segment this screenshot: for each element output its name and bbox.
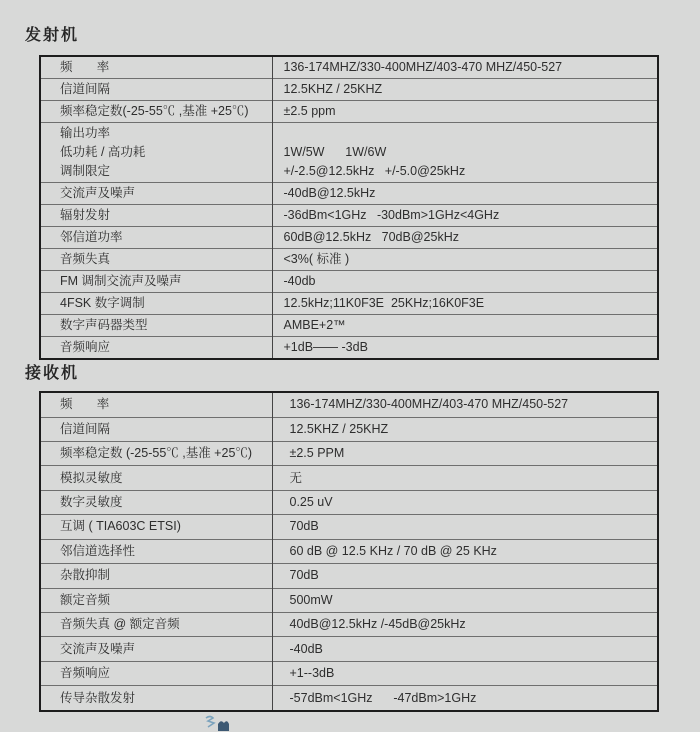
spec-row: 数字声码器类型AMBE+2™ — [40, 315, 658, 337]
spec-label: 频 率 — [40, 392, 272, 417]
spec-row: 音频响应+1dB—— -3dB — [40, 337, 658, 360]
spec-label: 辐射发射 — [40, 205, 272, 227]
spec-row: 频率稳定数(-25-55℃ ,基准 +25℃)±2.5 ppm — [40, 101, 658, 123]
spec-label: FM 调制交流声及噪声 — [40, 271, 272, 293]
spec-value: 1W/5W 1W/6W +/-2.5@12.5kHz +/-5.0@25kHz — [272, 123, 658, 183]
spec-label: 音频响应 — [40, 661, 272, 685]
spec-value: 40dB@12.5kHz /-45dB@25kHz — [272, 613, 658, 637]
spec-row: 输出功率 低功耗 / 高功耗 调制限定 1W/5W 1W/6W +/-2.5@1… — [40, 123, 658, 183]
spec-value: 60dB@12.5kHz 70dB@25kHz — [272, 227, 658, 249]
spec-row: 频率稳定数 (-25-55℃ ,基准 +25℃)±2.5 PPM — [40, 441, 658, 465]
spec-value: -57dBm<1GHz -47dBm>1GHz — [272, 686, 658, 711]
spec-value: 12.5kHz;11K0F3E 25KHz;16K0F3E — [272, 293, 658, 315]
spec-value: ±2.5 PPM — [272, 441, 658, 465]
spec-label: 信道间隔 — [40, 417, 272, 441]
spec-row: 4FSK 数字调制12.5kHz;11K0F3E 25KHz;16K0F3E — [40, 293, 658, 315]
spec-label: 交流声及噪声 — [40, 637, 272, 661]
spec-row: 音频失真<3%( 标准 ) — [40, 249, 658, 271]
spec-value: ±2.5 ppm — [272, 101, 658, 123]
spec-value: 12.5KHZ / 25KHZ — [272, 79, 658, 101]
spec-row: 互调 ( TIA603C ETSI)70dB — [40, 515, 658, 539]
spec-label: 互调 ( TIA603C ETSI) — [40, 515, 272, 539]
spec-label: 传导杂散发射 — [40, 686, 272, 711]
spec-label: 数字灵敏度 — [40, 490, 272, 514]
spec-value: 0.25 uV — [272, 490, 658, 514]
spec-row: 频 率136-174MHZ/330-400MHZ/403-470 MHZ/450… — [40, 392, 658, 417]
blue-smudge-artifact — [198, 711, 238, 732]
transmitter-section-title: 发射机 — [25, 22, 79, 45]
spec-label: 频率稳定数(-25-55℃ ,基准 +25℃) — [40, 101, 272, 123]
spec-value: 136-174MHZ/330-400MHZ/403-470 MHZ/450-52… — [272, 392, 658, 417]
spec-row: 杂散抑制70dB — [40, 564, 658, 588]
spec-value: 500mW — [272, 588, 658, 612]
receiver-spec-rows: 频 率136-174MHZ/330-400MHZ/403-470 MHZ/450… — [40, 392, 658, 711]
spec-row: 数字灵敏度0.25 uV — [40, 490, 658, 514]
spec-label: 额定音频 — [40, 588, 272, 612]
spec-label: 杂散抑制 — [40, 564, 272, 588]
spec-value: 70dB — [272, 564, 658, 588]
spec-row: 信道间隔12.5KHZ / 25KHZ — [40, 417, 658, 441]
spec-label: 音频失真 @ 额定音频 — [40, 613, 272, 637]
spec-row: 辐射发射-36dBm<1GHz -30dBm>1GHz<4GHz — [40, 205, 658, 227]
spec-value: 60 dB @ 12.5 KHz / 70 dB @ 25 KHz — [272, 539, 658, 563]
spec-row: 交流声及噪声-40dB — [40, 637, 658, 661]
spec-value: -40dB@12.5kHz — [272, 183, 658, 205]
spec-row: 音频响应+1--3dB — [40, 661, 658, 685]
spec-value: AMBE+2™ — [272, 315, 658, 337]
transmitter-spec-rows: 频 率136-174MHZ/330-400MHZ/403-470 MHZ/450… — [40, 56, 658, 359]
spec-row: 交流声及噪声-40dB@12.5kHz — [40, 183, 658, 205]
spec-label: 交流声及噪声 — [40, 183, 272, 205]
spec-row: 频 率136-174MHZ/330-400MHZ/403-470 MHZ/450… — [40, 56, 658, 79]
spec-row: 信道间隔12.5KHZ / 25KHZ — [40, 79, 658, 101]
spec-value: 12.5KHZ / 25KHZ — [272, 417, 658, 441]
spec-label: 音频响应 — [40, 337, 272, 360]
spec-row: 邻信道选择性60 dB @ 12.5 KHz / 70 dB @ 25 KHz — [40, 539, 658, 563]
spec-label: 频率稳定数 (-25-55℃ ,基准 +25℃) — [40, 441, 272, 465]
spec-value: +1--3dB — [272, 661, 658, 685]
spec-label: 数字声码器类型 — [40, 315, 272, 337]
spec-row: 音频失真 @ 额定音频40dB@12.5kHz /-45dB@25kHz — [40, 613, 658, 637]
spec-label: 输出功率 低功耗 / 高功耗 调制限定 — [40, 123, 272, 183]
spec-value: -40db — [272, 271, 658, 293]
transmitter-spec-table: 频 率136-174MHZ/330-400MHZ/403-470 MHZ/450… — [39, 55, 659, 360]
spec-value: 136-174MHZ/330-400MHZ/403-470 MHZ/450-52… — [272, 56, 658, 79]
receiver-spec-table: 频 率136-174MHZ/330-400MHZ/403-470 MHZ/450… — [39, 391, 659, 712]
spec-label: 邻信道功率 — [40, 227, 272, 249]
spec-value: 无 — [272, 466, 658, 490]
spec-label: 4FSK 数字调制 — [40, 293, 272, 315]
spec-row: 模拟灵敏度无 — [40, 466, 658, 490]
spec-value: <3%( 标准 ) — [272, 249, 658, 271]
spec-label: 信道间隔 — [40, 79, 272, 101]
spec-value: 70dB — [272, 515, 658, 539]
spec-label: 音频失真 — [40, 249, 272, 271]
receiver-section-title: 接收机 — [25, 360, 79, 383]
spec-row: 额定音频500mW — [40, 588, 658, 612]
spec-label: 模拟灵敏度 — [40, 466, 272, 490]
spec-label: 频 率 — [40, 56, 272, 79]
spec-value: -40dB — [272, 637, 658, 661]
spec-value: +1dB—— -3dB — [272, 337, 658, 360]
spec-row: FM 调制交流声及噪声-40db — [40, 271, 658, 293]
spec-label: 邻信道选择性 — [40, 539, 272, 563]
spec-row: 邻信道功率60dB@12.5kHz 70dB@25kHz — [40, 227, 658, 249]
spec-value: -36dBm<1GHz -30dBm>1GHz<4GHz — [272, 205, 658, 227]
spec-row: 传导杂散发射-57dBm<1GHz -47dBm>1GHz — [40, 686, 658, 711]
